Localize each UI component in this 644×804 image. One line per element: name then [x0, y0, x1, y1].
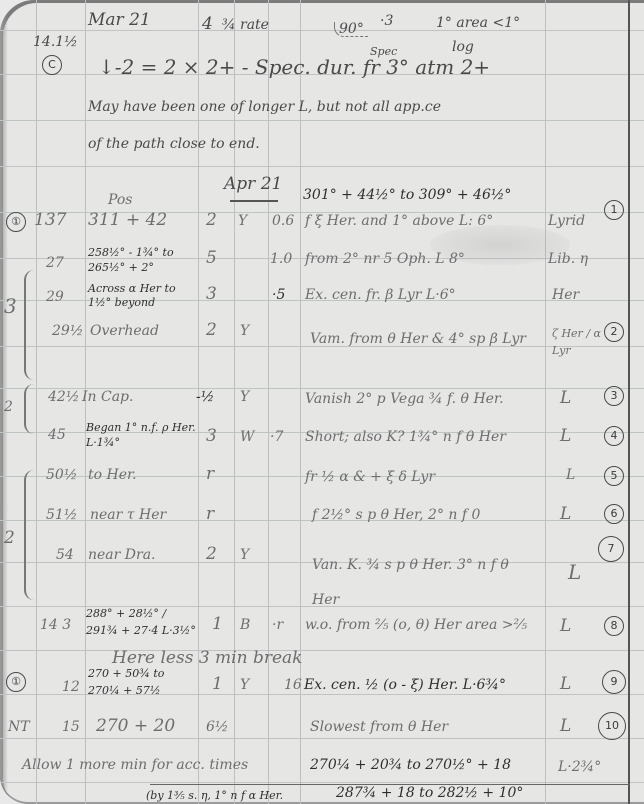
row-class: L: [560, 676, 571, 693]
row-mag: 6½: [206, 720, 228, 734]
row-time: 14 3: [40, 618, 71, 632]
row-time: 27: [46, 256, 64, 270]
meteor-number: 2: [604, 322, 624, 342]
row-mag: r: [206, 506, 214, 523]
grid-column-line: [234, 0, 235, 804]
row-color: Y: [240, 678, 249, 692]
header-count: 4: [202, 16, 213, 33]
row-mag: 2: [206, 546, 217, 563]
row-mag: -½: [196, 390, 214, 404]
row-position: 311 + 42: [88, 212, 167, 229]
break-note: Here less 3 min break: [112, 650, 302, 667]
row-description: Slowest from θ Her: [310, 720, 448, 734]
grid-column-line: [545, 0, 546, 804]
group-marker: ①: [6, 672, 26, 692]
footer-coords-1: 270¼ + 20¾ to 270½° + 18: [310, 758, 511, 772]
row-duration: 0.6: [272, 214, 294, 228]
row-position: 288° + 28½° / 291¾ + 27·4 L·3½°: [86, 606, 198, 639]
notebook-page: 14.1½ C Mar 21 4 ¾ rate 90° ·3 1° area <…: [0, 0, 644, 804]
row-class: L: [568, 562, 581, 582]
row-description: f ξ Her. and 1° above L: 6°: [305, 214, 493, 228]
row-time: 42½: [48, 390, 79, 404]
row-description: Ex. cen. ½ (ο - ξ) Her. L·6¾°: [304, 678, 506, 692]
position-column-label: Pos: [108, 193, 132, 207]
row-position-in: In Cap.: [82, 390, 133, 404]
row-description: w.o. from ⅖ (ο, θ) Her area >⅖: [305, 618, 527, 632]
circled-letter: C: [42, 55, 62, 75]
row-description: Vanish 2° p Vega ¾ f. θ Her.: [305, 392, 504, 406]
group-brace: [24, 270, 34, 380]
row-mag: 3: [206, 428, 217, 445]
row-time: 12: [62, 680, 80, 694]
grid-line: [0, 120, 644, 121]
row-class: L: [560, 506, 571, 523]
row-class: L: [560, 428, 571, 445]
row-position: Began 1° n.f. ρ Her. L·1¾°: [86, 420, 198, 451]
grid-line: [0, 30, 644, 31]
group-brace: [24, 384, 34, 434]
date-heading: Mar 21: [88, 12, 151, 29]
header-rate: ¾ rate: [222, 18, 269, 32]
page-margin-line: [628, 0, 630, 804]
row-class: L: [560, 390, 571, 407]
grid-line: [0, 650, 644, 651]
row-mag: 2: [206, 322, 217, 339]
meteor-number: 10: [598, 712, 626, 740]
row-mag: 1: [212, 616, 223, 633]
row-position: 258½° - 1¾° to 265½° + 2°: [88, 245, 198, 276]
row-time: 137: [34, 212, 66, 229]
intro-note-1: ↓-2 = 2 × 2+ - Spec. dur. fr 3° atm 2+: [98, 57, 490, 77]
row-duration: 1.0: [270, 252, 292, 266]
row-color: B: [240, 618, 250, 632]
meteor-number: 8: [604, 616, 624, 636]
row-class: Her: [552, 288, 579, 302]
row-position: 270 + 20: [96, 718, 175, 735]
row-time: 29½: [52, 324, 83, 338]
row-time: 15: [62, 720, 80, 734]
row-color: Y: [240, 390, 249, 404]
row-color: Y: [238, 214, 247, 228]
meteor-number: 5: [604, 466, 624, 486]
radiant-note: 301° + 44½° to 309° + 46½°: [303, 188, 511, 202]
row-mag: r: [206, 466, 214, 483]
row-color: Y: [240, 324, 249, 338]
intro-note-3: of the path close to end.: [88, 137, 260, 151]
row-time: 29: [46, 290, 64, 304]
header-dot-number: ·3: [380, 14, 393, 28]
grid-column-line: [36, 0, 37, 804]
row-color: Y: [240, 548, 249, 562]
section-date-underline: [230, 200, 278, 202]
footer-bottom-note: (by 1⅗ s. η, 1° n f α Her.: [146, 790, 283, 801]
row-description: from 2° nr 5 Oph. L 8°: [305, 252, 465, 266]
meteor-number: 4: [604, 426, 624, 446]
row-description: Short; also K? 1¾° n f θ Her: [305, 430, 506, 444]
group-marker: ①: [6, 212, 26, 232]
footer-length: L·2¾°: [558, 760, 601, 774]
footer-coords-2: 287¾ + 18 to 282½ + 10°: [336, 786, 523, 800]
row-position: Across α Her to 1½° beyond: [88, 282, 198, 311]
group-marker: 3: [4, 296, 17, 316]
footer-note: Allow 1 more min for acc. times: [22, 758, 248, 772]
row-time: 51½: [46, 508, 77, 522]
meteor-number: 3: [604, 386, 624, 406]
group-marker: 2: [4, 530, 15, 547]
log-label: log: [452, 40, 474, 54]
row-color: W: [240, 430, 254, 444]
grid-line: [0, 166, 644, 167]
row-duration: ·7: [270, 430, 283, 444]
row-position: to Her.: [88, 468, 137, 482]
meteor-number: 1: [604, 200, 624, 220]
row-position: Overhead: [90, 324, 159, 338]
row-mag: 5: [206, 250, 217, 267]
group-brace: [24, 470, 34, 600]
row-position: near Dra.: [88, 548, 156, 562]
meteor-number: 9: [602, 670, 626, 694]
row-class: ζ Her / α Lyr: [552, 326, 608, 359]
row-class: Lib. η: [548, 252, 588, 266]
row-mag: 3: [206, 286, 217, 303]
row-position: near τ Her: [90, 508, 166, 522]
row-time: 54: [56, 548, 74, 562]
header-note-right: 1° area <1°: [436, 16, 520, 30]
row-time: 50½: [46, 468, 77, 482]
group-marker: 2: [4, 400, 13, 414]
header-angle: 90°: [334, 22, 368, 37]
row-class: L: [560, 618, 571, 635]
row-class: L: [566, 468, 575, 482]
row-time: 45: [48, 428, 66, 442]
row-class: L: [560, 718, 571, 735]
section-date: Apr 21: [224, 176, 282, 193]
group-marker: NT: [8, 720, 30, 734]
row-description: Van. K. ¾ s p θ Her. 3° n f θ Her: [312, 548, 522, 618]
grid-line: [0, 782, 644, 783]
time-ref: 14.1½: [33, 35, 78, 49]
row-description: Ex. cen. fr. β Lyr L·6°: [305, 288, 456, 302]
row-duration: 16: [284, 678, 302, 692]
row-mag: 2: [206, 212, 217, 229]
meteor-number: 6: [604, 504, 624, 524]
row-duration: ·r: [272, 618, 283, 632]
row-mag: 1: [212, 676, 223, 693]
row-description: fr ½ α & + ξ δ Lyr: [305, 470, 435, 484]
grid-column-line: [268, 0, 269, 804]
row-position: 270 + 50¾ to 270¼ + 57½: [88, 666, 198, 699]
row-description: Vam. from θ Her & 4° sp β Lyr: [310, 326, 530, 353]
row-duration: ·5: [272, 288, 285, 302]
intro-note-2: May have been one of longer L, but not a…: [88, 100, 441, 114]
row-class: Lyrid: [548, 214, 585, 228]
row-description: f 2½° s p θ Her, 2° n f 0: [312, 508, 480, 522]
grid-line: [0, 738, 644, 739]
meteor-number: 7: [598, 536, 624, 562]
